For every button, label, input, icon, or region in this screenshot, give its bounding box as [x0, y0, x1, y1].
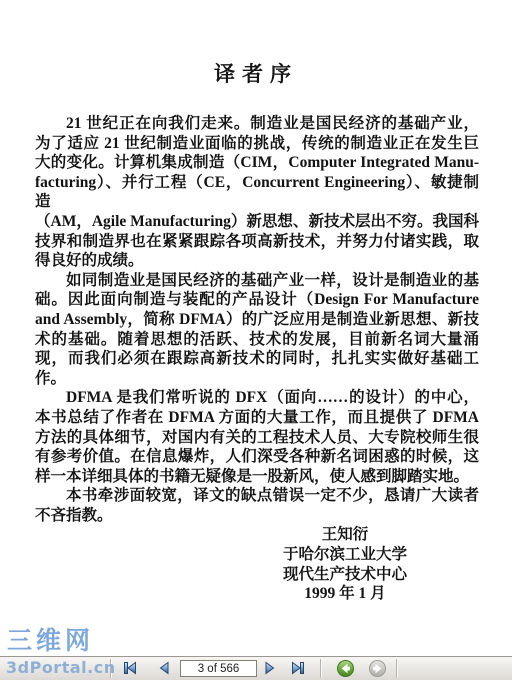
text-line: 为了适应 21 世纪制造业面临的挑战，传统的制造业正在发生巨 [35, 134, 479, 154]
signature-affiliation: 于哈尔滨工业大学 [235, 545, 455, 565]
page-title: 译者序 [0, 58, 512, 88]
text-line: 得良好的成绩。 [35, 251, 479, 271]
text-line: 技界和制造界也在紧紧跟踪各项高新技术，并努力付诸实践，取 [35, 232, 479, 252]
text-line: 21 世纪正在向我们走来。制造业是国民经济的基础产业， [35, 114, 479, 134]
watermark-site-text: 3dPortal.cn [6, 658, 116, 677]
text-line: 作。 [35, 369, 479, 389]
text-line: 本书总结了作者在 DFMA 方面的大量工作，而且提供了 DFMA [35, 408, 479, 428]
text-line: （AM，Agile Manufacturing）新思想、新技术层出不穷。我国科 [35, 212, 479, 232]
signature-department: 现代生产技术中心 [235, 565, 455, 585]
paragraph: DFMA 是我们常听说的 DFX（面向……的设计）的中心， 本书总结了作者在 D… [35, 388, 479, 486]
next-page-icon [261, 660, 279, 676]
paragraph: 21 世纪正在向我们走来。制造业是国民经济的基础产业， 为了适应 21 世纪制造… [35, 114, 479, 271]
text-line: 方法的具体细节，对国内有关的工程技术人员、大专院校师生很 [35, 428, 479, 448]
viewer-window: 译者序 21 世纪正在向我们走来。制造业是国民经济的基础产业， 为了适应 21 … [0, 0, 512, 680]
paragraph: 本书牵涉面较宽，译文的缺点错误一定不少，恳请广大读者 不吝指教。 [35, 486, 479, 525]
back-arrow-icon [336, 659, 355, 678]
text-line: 现，而我们必须在跟踪高新技术的同时，扎扎实实做好基础工 [35, 349, 479, 369]
watermark-logo: 三维网 [7, 628, 94, 653]
next-page-button[interactable] [261, 660, 279, 676]
prev-page-icon [155, 660, 173, 676]
toolbar-divider [396, 659, 398, 678]
document-page: 译者序 21 世纪正在向我们走来。制造业是国民经济的基础产业， 为了适应 21 … [0, 0, 512, 656]
text-line: 术的基础。随着思想的活跃、技术的发展，目前新名词大量涌 [35, 330, 479, 350]
signature-name: 王知衍 [235, 525, 455, 545]
prev-page-button[interactable] [155, 660, 173, 676]
signature-date: 1999 年 1 月 [235, 584, 455, 604]
paragraph: 如同制造业是国民经济的基础产业一样，设计是制造业的基 础。因此面向制造与装配的产… [35, 271, 479, 389]
text-line: 如同制造业是国民经济的基础产业一样，设计是制造业的基 [35, 271, 479, 291]
forward-arrow-icon [368, 659, 387, 678]
page-indicator-input[interactable] [180, 660, 257, 677]
text-line: 不吝指教。 [35, 506, 479, 526]
first-page-button[interactable] [121, 660, 139, 676]
last-page-icon [289, 660, 307, 676]
text-line: 本书牵涉面较宽，译文的缺点错误一定不少，恳请广大读者 [35, 486, 479, 506]
toolbar-divider [320, 659, 322, 678]
signature-block: 王知衍 于哈尔滨工业大学 现代生产技术中心 1999 年 1 月 [235, 525, 455, 603]
document-body: 21 世纪正在向我们走来。制造业是国民经济的基础产业， 为了适应 21 世纪制造… [35, 114, 479, 604]
text-line: and Assembly，简称 DFMA）的广泛应用是制造业新思想、新技 [35, 310, 479, 330]
forward-button[interactable] [368, 659, 387, 678]
text-line: 样一本详细具体的书籍无疑像是一股新风，使人感到脚踏实地。 [35, 467, 479, 487]
text-line: DFMA 是我们常听说的 DFX（面向……的设计）的中心， [35, 388, 479, 408]
text-line: 大的变化。计算机集成制造（CIM，Computer Integrated Man… [35, 153, 479, 173]
last-page-button[interactable] [289, 660, 307, 676]
text-line: 有参考价值。在信息爆炸，人们深受各种新名词困惑的时候，这 [35, 447, 479, 467]
text-line: facturing）、并行工程（CE，Concurrent Engineerin… [35, 173, 479, 212]
text-line: 础。因此面向制造与装配的产品设计（Design For Manufacture [35, 290, 479, 310]
back-button[interactable] [336, 659, 355, 678]
first-page-icon [121, 660, 139, 676]
